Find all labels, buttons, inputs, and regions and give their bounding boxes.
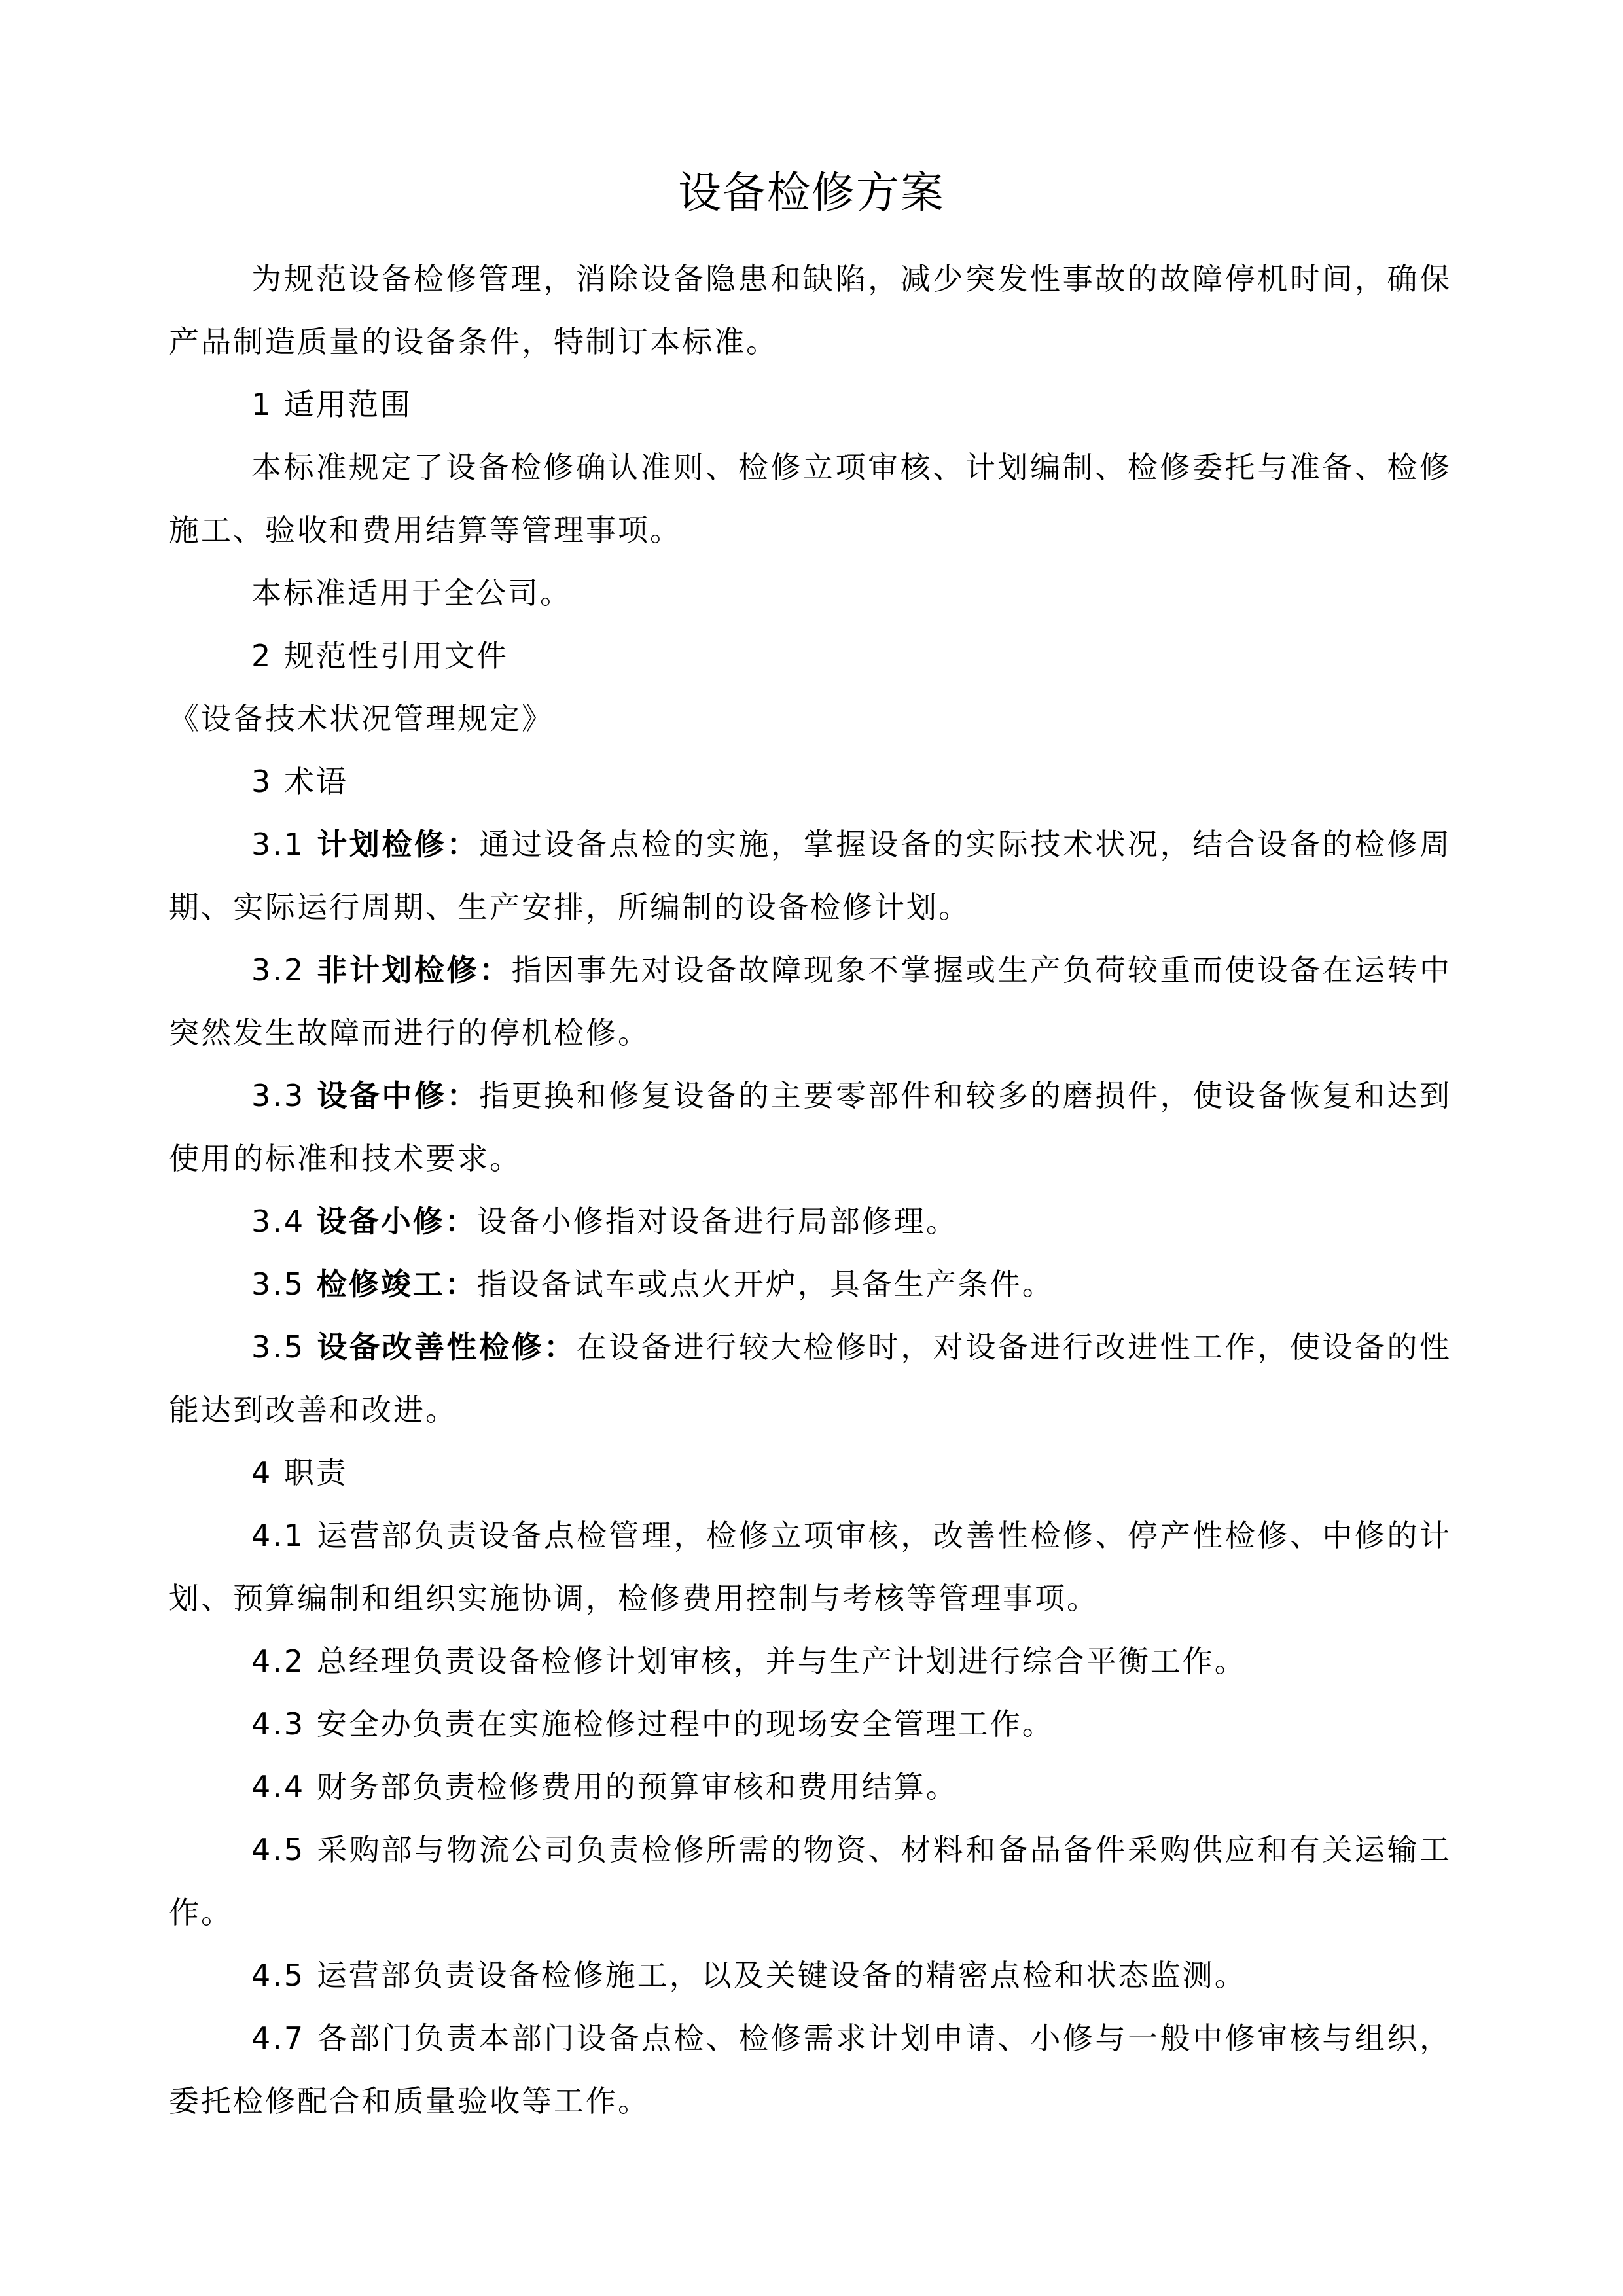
document-page: 设备检修方案 为规范设备检修管理，消除设备隐患和缺陷，减少突发性事故的故障停机时… — [0, 0, 1623, 2296]
term-definition: 设备小修指对设备进行局部修理。 — [477, 1204, 958, 1239]
scope-paragraph-1: 本标准规定了设备检修确认准则、检修立项审核、计划编制、检修委托与准备、检修施工、… — [169, 436, 1452, 562]
responsibility-4-7: 4.7 各部门负责本部门设备点检、检修需求计划申请、小修与一般中修审核与组织，委… — [169, 2007, 1452, 2132]
term-name: 设备改善性检修： — [317, 1329, 576, 1365]
scope-paragraph-2: 本标准适用于全公司。 — [169, 562, 1452, 624]
term-number: 3.2 — [251, 952, 317, 988]
term-name: 非计划检修： — [317, 952, 511, 988]
term-minor-repair: 3.4 设备小修：设备小修指对设备进行局部修理。 — [169, 1190, 1452, 1253]
term-number: 3.3 — [251, 1078, 317, 1113]
section-heading-scope: 1 适用范围 — [169, 373, 1452, 436]
section-heading-responsibilities: 4 职责 — [169, 1441, 1452, 1504]
term-name: 计划检修： — [317, 827, 479, 862]
responsibility-4-2: 4.2 总经理负责设备检修计划审核，并与生产计划进行综合平衡工作。 — [169, 1630, 1452, 1693]
section-heading-references: 2 规范性引用文件 — [169, 624, 1452, 687]
section-heading-terms: 3 术语 — [169, 750, 1452, 813]
term-completion: 3.5 检修竣工：指设备试车或点火开炉，具备生产条件。 — [169, 1253, 1452, 1316]
term-number: 3.5 — [251, 1329, 317, 1365]
responsibility-4-3: 4.3 安全办负责在实施检修过程中的现场安全管理工作。 — [169, 1693, 1452, 1755]
term-number: 3.4 — [251, 1204, 317, 1239]
term-name: 设备中修： — [317, 1078, 479, 1113]
responsibility-4-4: 4.4 财务部负责检修费用的预算审核和费用结算。 — [169, 1755, 1452, 1818]
responsibility-4-6: 4.5 运营部负责设备检修施工，以及关键设备的精密点检和状态监测。 — [169, 1944, 1452, 2007]
term-number: 3.1 — [251, 827, 317, 862]
intro-paragraph: 为规范设备检修管理，消除设备隐患和缺陷，减少突发性事故的故障停机时间，确保产品制… — [169, 247, 1452, 373]
term-definition: 指设备试车或点火开炉，具备生产条件。 — [477, 1266, 1054, 1302]
term-improvement-maintenance: 3.5 设备改善性检修：在设备进行较大检修时，对设备进行改进性工作，使设备的性能… — [169, 1316, 1452, 1441]
term-unplanned-maintenance: 3.2 非计划检修：指因事先对设备故障现象不掌握或生产负荷较重而使设备在运转中突… — [169, 939, 1452, 1064]
term-number: 3.5 — [251, 1266, 317, 1302]
responsibility-4-1: 4.1 运营部负责设备点检管理，检修立项审核，改善性检修、停产性检修、中修的计划… — [169, 1504, 1452, 1630]
term-planned-maintenance: 3.1 计划检修：通过设备点检的实施，掌握设备的实际技术状况，结合设备的检修周期… — [169, 813, 1452, 939]
term-name: 检修竣工： — [317, 1266, 477, 1302]
reference-document: 《设备技术状况管理规定》 — [169, 687, 1452, 750]
responsibility-4-5: 4.5 采购部与物流公司负责检修所需的物资、材料和备品备件采购供应和有关运输工作… — [169, 1818, 1452, 1944]
term-name: 设备小修： — [317, 1204, 477, 1239]
document-title: 设备检修方案 — [0, 164, 1623, 223]
term-medium-repair: 3.3 设备中修：指更换和修复设备的主要零部件和较多的磨损件，使设备恢复和达到使… — [169, 1064, 1452, 1190]
